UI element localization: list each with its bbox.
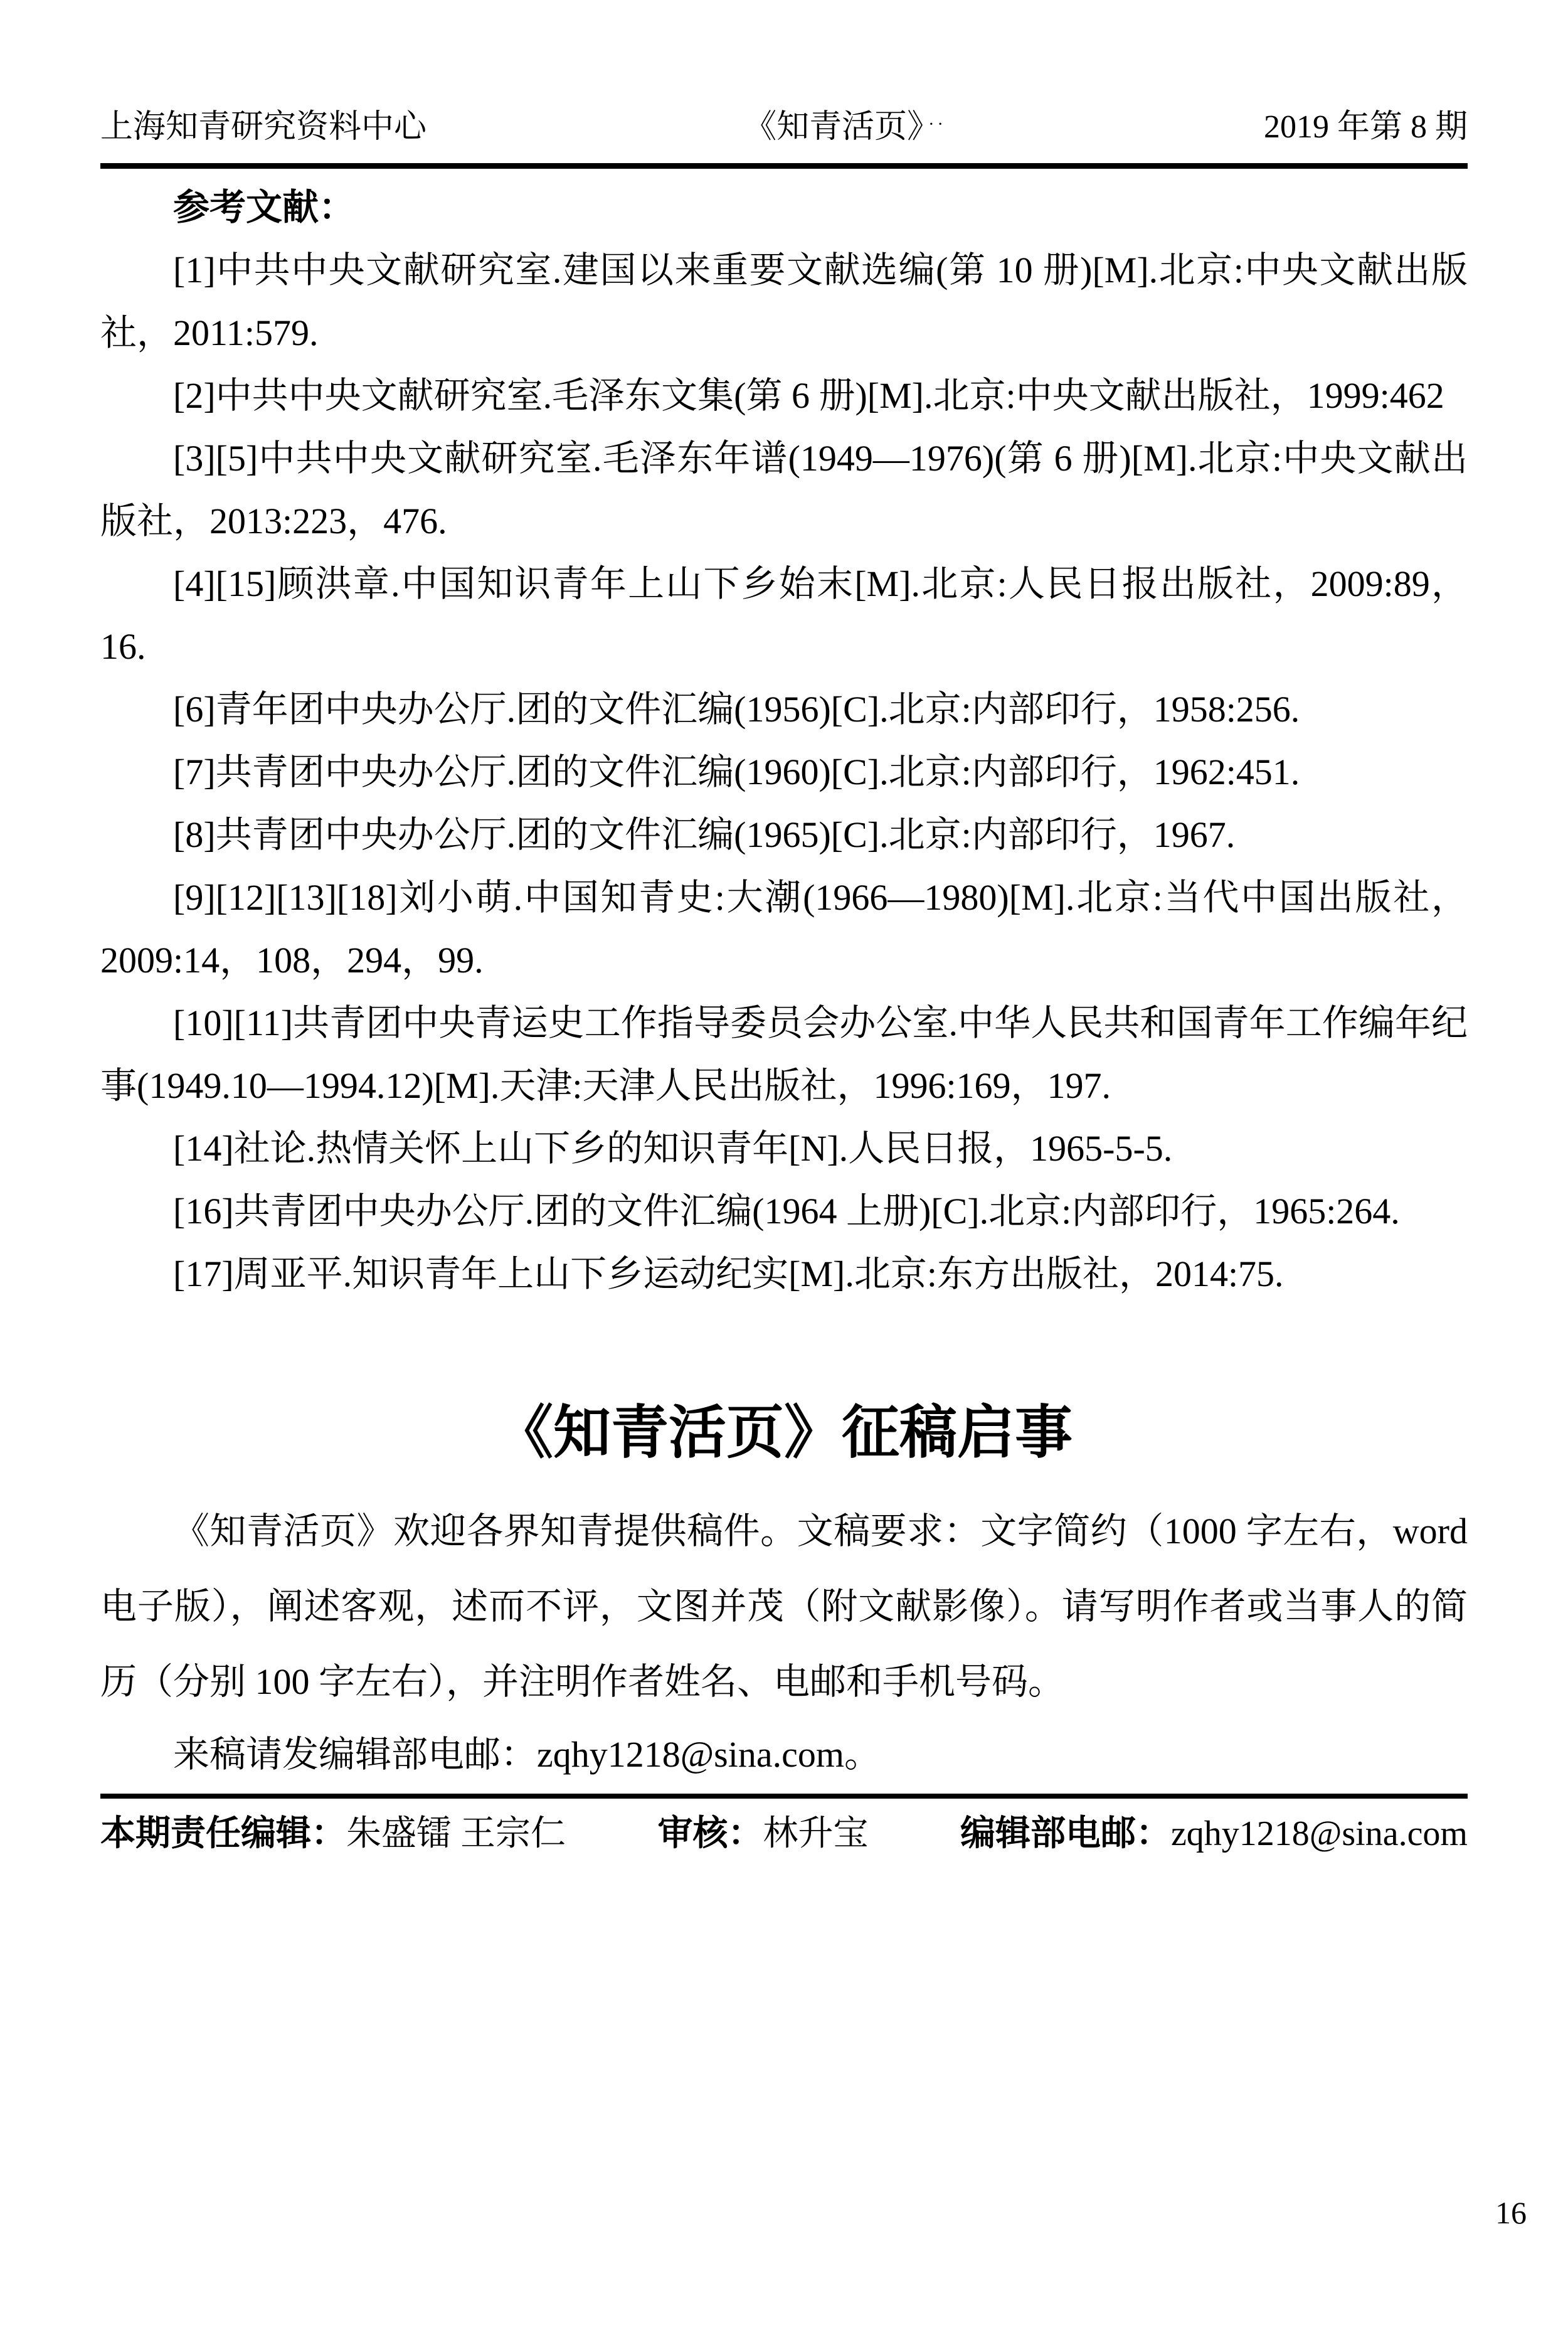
announcement-section: 《知青活页》征稿启事 《知青活页》欢迎各界知青提供稿件。文稿要求：文字简约（10… — [100, 1392, 1468, 1790]
announcement-body: 《知青活页》欢迎各界知青提供稿件。文稿要求：文字简约（1000 字左右，word… — [100, 1494, 1468, 1720]
reference-item: [8]共青团中央办公厅.团的文件汇编(1965)[C].北京:内部印行，1967… — [100, 804, 1468, 866]
page-footer: 本期责任编辑：朱盛镭 王宗仁 审核：林升宝 编辑部电邮：zqhy1218@sin… — [100, 1812, 1468, 1855]
footer-email-group: 编辑部电邮：zqhy1218@sina.com — [960, 1812, 1468, 1855]
header-issue-text: 2019 年第 8 期 — [1264, 108, 1468, 147]
reference-item: [1]中共中央文献研究室.建国以来重要文献选编(第 10 册)[M].北京:中央… — [100, 239, 1468, 364]
page-header: 上海知青研究资料中心 《知青活页》·· 2019 年第 8 期 — [100, 105, 1468, 147]
references-heading: 参考文献： — [100, 176, 1468, 239]
footer-rule — [100, 1794, 1468, 1799]
reference-item: [7]共青团中央办公厅.团的文件汇编(1960)[C].北京:内部印行，1962… — [100, 741, 1468, 804]
reference-item: [9][12][13][18]刘小萌.中国知青史:大潮(1966—1980)[M… — [100, 866, 1468, 992]
announcement-title: 《知青活页》征稿启事 — [100, 1392, 1468, 1474]
header-center-marks: ·· — [928, 115, 946, 134]
footer-email-address: zqhy1218@sina.com — [1171, 1814, 1468, 1853]
reference-item: [10][11]共青团中央青运史工作指导委员会办公室.中华人民共和国青年工作编年… — [100, 992, 1468, 1117]
reference-item: [6]青年团中央办公厅.团的文件汇编(1956)[C].北京:内部印行，1958… — [100, 678, 1468, 741]
reference-item: [14]社论.热情关怀上山下乡的知识青年[N].人民日报，1965-5-5. — [100, 1117, 1468, 1180]
announcement-contact-line: 来稿请发编辑部电邮：zqhy1218@sina.com。 — [100, 1720, 1468, 1790]
reference-item: [3][5]中共中央文献研究室.毛泽东年谱(1949—1976)(第 6 册)[… — [100, 427, 1468, 553]
footer-email-label: 编辑部电邮： — [960, 1814, 1171, 1853]
header-center: 《知青活页》·· — [744, 105, 946, 147]
footer-review-label: 审核： — [657, 1814, 763, 1853]
page-number: 16 — [1495, 2195, 1527, 2231]
header-left-text: 上海知青研究资料中心 — [100, 108, 426, 147]
footer-reviewer-name: 林升宝 — [763, 1814, 868, 1853]
footer-editors-group: 本期责任编辑：朱盛镭 王宗仁 — [100, 1812, 566, 1855]
footer-review-group: 审核：林升宝 — [657, 1812, 868, 1855]
footer-editor-label: 本期责任编辑： — [100, 1814, 346, 1853]
reference-item: [16]共青团中央办公厅.团的文件汇编(1964 上册)[C].北京:内部印行，… — [100, 1180, 1468, 1243]
footer-editor-names: 朱盛镭 王宗仁 — [346, 1814, 566, 1853]
references-section: 参考文献： [1]中共中央文献研究室.建国以来重要文献选编(第 10 册)[M]… — [100, 176, 1468, 1306]
journal-title: 《知青活页》 — [744, 109, 923, 145]
document-page: 上海知青研究资料中心 《知青活页》·· 2019 年第 8 期 参考文献： [1… — [0, 0, 1568, 2325]
reference-item: [4][15]顾洪章.中国知识青年上山下乡始末[M].北京:人民日报出版社，20… — [100, 553, 1468, 678]
header-rule — [100, 163, 1468, 169]
reference-item: [2]中共中央文献研究室.毛泽东文集(第 6 册)[M].北京:中央文献出版社，… — [100, 364, 1468, 427]
reference-item: [17]周亚平.知识青年上山下乡运动纪实[M].北京:东方出版社，2014:75… — [100, 1243, 1468, 1306]
